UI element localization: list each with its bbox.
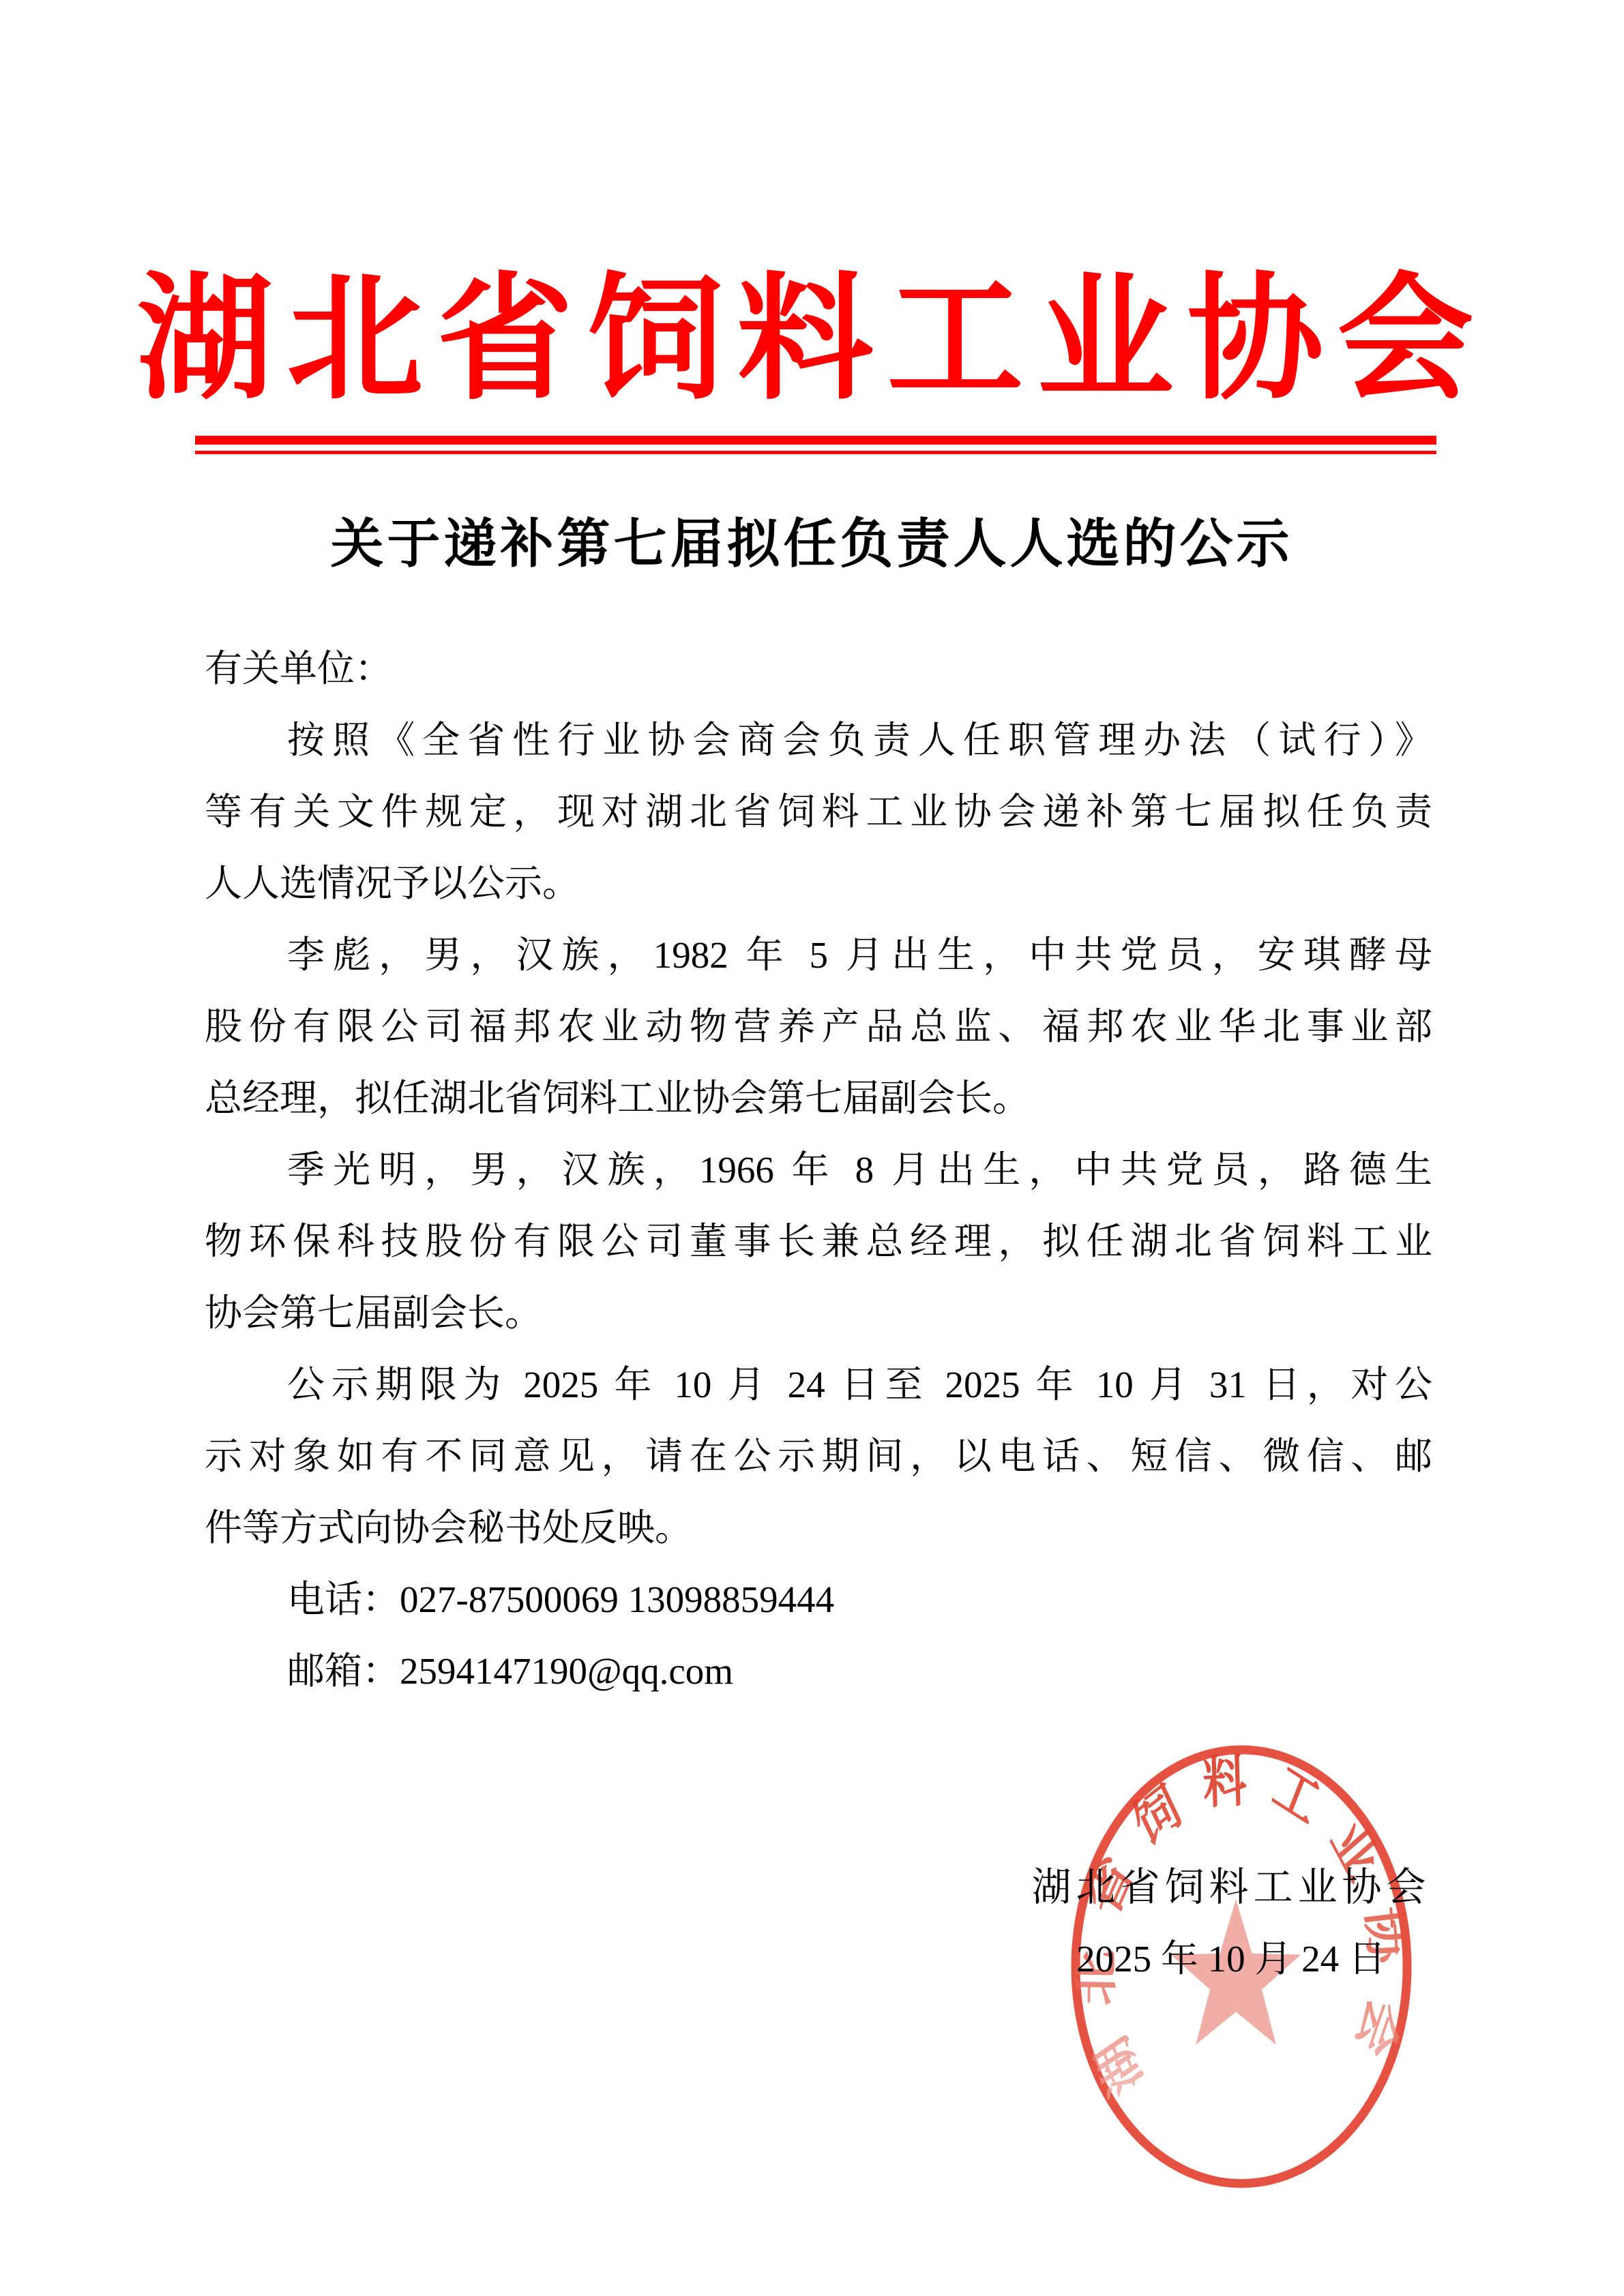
body-line: 按照《全省性行业协会商会负责人任职管理办法（试行）》 — [205, 704, 1432, 776]
contact-email-line: 邮箱：2594147190@qq.com — [205, 1635, 1432, 1707]
masthead-org-name: 湖北省饲料工业协会 — [0, 266, 1624, 416]
body-line: 公示期限为 2025 年 10 月 24 日至 2025 年 10 月 31 日… — [205, 1349, 1432, 1420]
body-line: 物环保科技股份有限公司董事长兼总经理，拟任湖北省饲料工业 — [205, 1206, 1432, 1277]
body-line: 示对象如有不同意见，请在公示期间，以电话、短信、微信、邮 — [205, 1420, 1432, 1492]
body-line: 件等方式向协会秘书处反映。 — [205, 1492, 1432, 1564]
body-line: 协会第七届副会长。 — [205, 1277, 1432, 1349]
body-line: 总经理，拟任湖北省饲料工业协会第七届副会长。 — [205, 1062, 1432, 1134]
body-line: 李彪，男，汉族，1982 年 5 月出生，中共党员，安琪酵母 — [205, 919, 1432, 991]
body-line: 人人选情况予以公示。 — [205, 848, 1432, 919]
masthead-rule-thick — [195, 436, 1436, 445]
document-body: 有关单位： 按照《全省性行业协会商会负责人任职管理办法（试行）》 等有关文件规定… — [205, 633, 1432, 1707]
announcement-document: 湖北省饲料工业协会 关于递补第七届拟任负责人人选的公示 有关单位： 按照《全省性… — [0, 0, 1624, 2296]
signature-date: 2025 年 10 月 24 日 — [1027, 1935, 1436, 1983]
body-line: 有关单位： — [205, 633, 1432, 704]
body-line: 股份有限公司福邦农业动物营养产品总监、福邦农业华北事业部 — [205, 991, 1432, 1062]
body-line: 等有关文件规定，现对湖北省饲料工业协会递补第七届拟任负责 — [205, 776, 1432, 848]
masthead-rule-thin — [195, 451, 1436, 454]
body-line: 季光明，男，汉族，1966 年 8 月出生，中共党员，路德生 — [205, 1134, 1432, 1206]
document-title: 关于递补第七届拟任负责人人选的公示 — [198, 510, 1426, 578]
signature-org-name: 湖北省饲料工业协会 — [1027, 1864, 1436, 1911]
contact-phone-line: 电话：027-87500069 13098859444 — [205, 1564, 1432, 1635]
